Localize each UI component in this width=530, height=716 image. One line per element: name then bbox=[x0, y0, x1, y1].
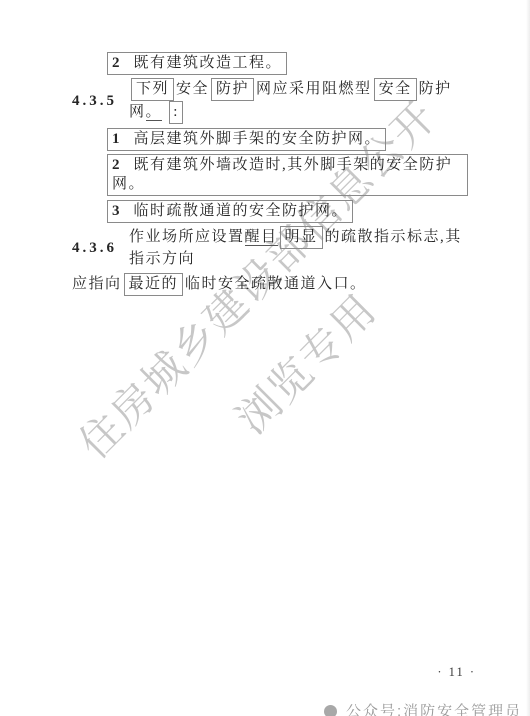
document-page: 住房城乡建设部信息公开 浏览专用 2既有建筑改造工程。 4.3.5 下列安全防护… bbox=[0, 0, 530, 716]
document-content: 2既有建筑改造工程。 4.3.5 下列安全防护网应采用阻燃型安全防护网。 : 1… bbox=[72, 50, 470, 299]
revision-insert-box: 防护 bbox=[211, 78, 254, 101]
item-number: 2 bbox=[112, 157, 120, 173]
revision-deleted-text: 。 bbox=[146, 104, 163, 121]
clause-text: 作业场所应设置 bbox=[129, 229, 245, 245]
item-text: 既有建筑外墙改造时,其外脚手架的安全防护网。 bbox=[112, 157, 452, 192]
list-item: 2既有建筑外墙改造时,其外脚手架的安全防护网。 bbox=[105, 154, 470, 196]
clause-body: 作业场所应设置醒目明显的疏散指示标志,其指示方向 bbox=[129, 226, 470, 269]
revision-insert-box: 安全 bbox=[374, 78, 417, 101]
clause-4-3-6-continued: 应指向最近的临时安全疏散通道入口。 bbox=[72, 271, 470, 297]
list-item: 3临时疏散通道的安全防护网。 bbox=[105, 198, 470, 224]
clause-text: 临时安全疏散通道入口。 bbox=[185, 276, 367, 292]
item-text: 高层建筑外脚手架的安全防护网。 bbox=[134, 131, 382, 147]
clause-4-3-6: 4.3.6 作业场所应设置醒目明显的疏散指示标志,其指示方向 bbox=[72, 226, 470, 269]
clause-text: 应指向 bbox=[72, 276, 122, 292]
item-text: 既有建筑改造工程。 bbox=[134, 55, 283, 71]
clause-text: 网应采用阻燃型 bbox=[256, 81, 372, 97]
item-number: 3 bbox=[112, 203, 120, 219]
item-number: 2 bbox=[112, 55, 120, 71]
item-number: 1 bbox=[112, 131, 120, 147]
item-text: 临时疏散通道的安全防护网。 bbox=[134, 203, 349, 219]
revision-insert-box: 明显 bbox=[280, 226, 323, 249]
scan-edge-shadow bbox=[526, 0, 530, 716]
clause-body: 下列安全防护网应采用阻燃型安全防护网。 : bbox=[129, 78, 470, 124]
list-item: 2既有建筑改造工程。 bbox=[105, 50, 470, 76]
footer-badge-icon bbox=[324, 705, 337, 716]
footer-stamp-text: 公众号:消防安全管理员 bbox=[346, 703, 522, 716]
clause-number: 4.3.5 bbox=[72, 91, 117, 111]
revision-boxed-item: 2既有建筑外墙改造时,其外脚手架的安全防护网。 bbox=[107, 154, 468, 196]
clause-4-3-5: 4.3.5 下列安全防护网应采用阻燃型安全防护网。 : bbox=[72, 78, 470, 124]
revision-boxed-item: 3临时疏散通道的安全防护网。 bbox=[107, 200, 353, 223]
clause-number: 4.3.6 bbox=[72, 238, 117, 258]
clause-body: 应指向最近的临时安全疏散通道入口。 bbox=[72, 273, 367, 296]
revision-insert-box: 下列 bbox=[131, 78, 174, 101]
revision-boxed-item: 1高层建筑外脚手架的安全防护网。 bbox=[107, 128, 386, 151]
revision-deleted-text: 醒目 bbox=[245, 229, 278, 246]
clause-text: 安全 bbox=[176, 81, 209, 97]
revision-insert-box: 最近的 bbox=[124, 273, 184, 296]
footer-stamp: 公众号:消防安全管理员 bbox=[324, 703, 522, 716]
page-number: · 11 · bbox=[0, 665, 476, 680]
revision-insert-box: : bbox=[169, 101, 183, 124]
list-item: 1高层建筑外脚手架的安全防护网。 bbox=[105, 126, 470, 152]
revision-boxed-item: 2既有建筑改造工程。 bbox=[107, 52, 287, 75]
